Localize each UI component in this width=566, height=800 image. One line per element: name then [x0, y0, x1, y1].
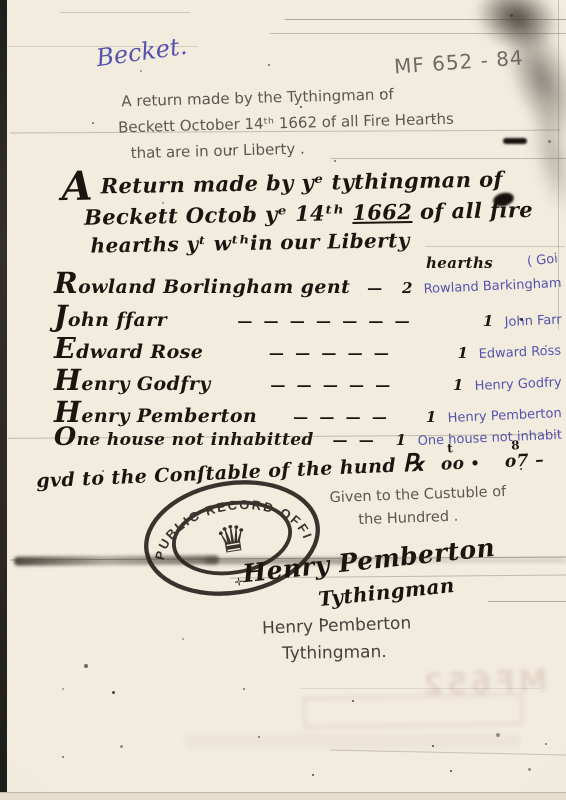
show-through-ghost-strip	[185, 735, 520, 748]
ink-speck	[102, 470, 104, 472]
ink-speck	[334, 160, 336, 162]
amount-value: o7 –	[504, 450, 544, 472]
ink-speck	[300, 106, 302, 108]
ink-speck	[520, 318, 523, 321]
blue-label-becket: Becket.	[94, 32, 188, 72]
scan-edge-bottom	[0, 792, 566, 800]
ms-heading-initial: A	[61, 163, 93, 211]
dash-leader: — — — — — — —	[167, 312, 483, 330]
entry-row: Edward Rose — — — — — 1 Edward Ross	[54, 331, 562, 365]
ink-speck	[545, 743, 547, 745]
dash-leader: —	[350, 279, 402, 297]
rule-line	[330, 158, 566, 159]
ms-signature-role: Tythingman	[317, 573, 456, 611]
ms-heading-line3: hearths yᵗ wᵗʰin our Liberty	[90, 226, 533, 258]
ms-heading-year: 1662	[352, 199, 412, 225]
blue-annotation-name: John Farr	[504, 313, 562, 330]
pencil-given-note-line2: the Hundred .	[358, 504, 507, 532]
entry-name: Edward Rose	[54, 331, 203, 365]
amount-group: 8o7 –	[504, 450, 544, 472]
ink-speck	[496, 733, 500, 737]
dash-leader: — —	[314, 431, 396, 449]
amount-sup: 8	[511, 438, 520, 452]
dash-leader: — — — — —	[211, 376, 453, 394]
ink-speck	[230, 148, 232, 150]
ink-speck	[112, 691, 115, 694]
ink-speck	[243, 688, 245, 690]
rule-line	[300, 688, 540, 689]
ms-heading: A Return made by yᵉ tythingman of Becket…	[61, 166, 533, 258]
ink-speck	[528, 768, 531, 771]
ink-speck	[432, 745, 434, 747]
ink-speck	[548, 140, 551, 143]
ink-speck	[258, 736, 260, 738]
ms-heading-line1: A Return made by yᵉ tythingman of	[61, 166, 532, 199]
hearth-count: 1	[396, 431, 414, 449]
ms-heading-line2-post: of all fire	[412, 197, 533, 224]
ink-speck	[92, 122, 94, 124]
pencil-signature-name: Henry Pemberton	[262, 613, 412, 638]
hearth-count: 1	[453, 376, 471, 394]
hearth-count: 1	[457, 344, 475, 362]
ink-speck	[62, 756, 64, 758]
show-through-ghost-box	[302, 692, 525, 730]
pencil-heading: A return made by the Tythingman of Becke…	[121, 80, 455, 167]
ink-speck	[510, 14, 513, 17]
amount-flourish: ℞	[402, 447, 425, 477]
entry-row: Rowland Borlingham gent — 2 Rowland Bark…	[54, 266, 562, 300]
pencil-signature-role: Tythingman.	[282, 642, 387, 664]
dash-leader: — — — — —	[203, 344, 457, 362]
amount-group: too ∙	[441, 453, 481, 475]
rule-line	[60, 12, 190, 13]
ink-speck	[62, 688, 64, 690]
reference-number: MF 652 - 84	[393, 46, 524, 79]
blue-annotation-name: Edward Ross	[479, 343, 562, 362]
blue-annotation-name: Henry Godfry	[474, 375, 562, 394]
ink-speck	[182, 638, 184, 640]
ink-speck	[433, 118, 435, 120]
hearth-count: 2	[402, 279, 420, 297]
amount-value: oo ∙	[441, 453, 481, 475]
scanned-document: MF652 Becket. MF 652 - 84 A return made …	[0, 0, 566, 800]
scan-edge-bar	[0, 0, 7, 800]
ink-speck	[380, 92, 382, 94]
ink-speck	[450, 770, 452, 772]
crown-icon: ♛	[213, 515, 252, 563]
ink-speck	[422, 560, 424, 562]
rule-line	[425, 246, 565, 247]
ink-speck	[162, 202, 164, 204]
amount-sup: t	[447, 441, 454, 455]
ink-speck	[520, 468, 522, 470]
ink-speck	[84, 664, 88, 668]
pencil-given-note: Given to the Custuble of the Hundred .	[329, 481, 507, 533]
ink-speck	[352, 700, 354, 702]
rule-line	[285, 19, 566, 20]
ink-blot	[503, 138, 527, 144]
entry-row: John ffarr — — — — — — — 1 John Farr	[54, 299, 562, 333]
blue-annotation-name: Rowland Barkingham	[423, 276, 561, 297]
ink-speck	[320, 618, 322, 620]
rule-line	[270, 33, 566, 34]
ms-heading-line2: Beckett Octob yᵉ 14ᵗʰ 1662 of all fire	[84, 197, 533, 230]
ink-speck	[545, 345, 547, 347]
ink-speck	[312, 774, 314, 776]
entry-row: Henry Godfry — — — — — 1 Henry Godfry	[54, 363, 562, 397]
ink-speck	[120, 745, 123, 748]
ink-speck	[140, 70, 142, 72]
hearth-count: 1	[483, 312, 501, 330]
ink-speck	[268, 64, 270, 66]
entry-name: Henry Godfry	[54, 363, 211, 397]
entry-name: John ffarr	[54, 299, 167, 333]
ms-heading-line2-pre: Beckett Octob yᵉ 14ᵗʰ	[84, 200, 353, 230]
ms-heading-line1-text: Return made by yᵉ tythingman of	[93, 166, 503, 198]
rule-line	[488, 601, 566, 602]
entry-name: Rowland Borlingham gent	[54, 266, 350, 300]
rule-line	[8, 46, 198, 47]
rule-line	[330, 750, 566, 756]
